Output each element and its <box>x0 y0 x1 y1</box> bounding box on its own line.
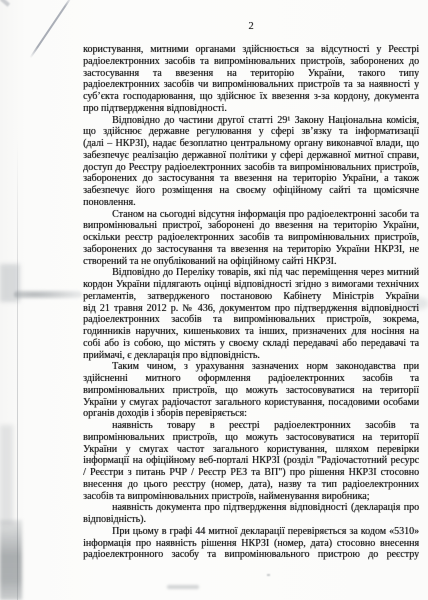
text-line: заборонених до застосування та ввезення … <box>83 244 419 256</box>
text-line: радіоелектронних засобів та випромінювал… <box>83 56 419 68</box>
bottom-speck <box>267 574 270 576</box>
text-line: застосування та ввезення на територію Ук… <box>83 68 419 80</box>
text-line: суб’єкта господарювання, що здійснює їх … <box>83 91 419 103</box>
text-line: про підтвердження відповідності. <box>83 103 419 115</box>
page-number: 2 <box>83 21 419 32</box>
text-line: України у смугах частот загального корис… <box>83 444 419 456</box>
text-line: заборонених до застосування та ввезення … <box>83 173 419 185</box>
left-edge-shadow-dark <box>0 520 22 600</box>
paragraph: Відповідно до Переліку товарів, які під … <box>83 267 419 361</box>
corner-mark-artifact <box>0 0 10 7</box>
paper-fold-line <box>17 140 18 600</box>
text-line: годинників наручних, кишенькових та інши… <box>83 326 419 338</box>
text-line: випромінювальних пристроїв, що можуть за… <box>83 432 419 444</box>
text-line: регламентів, затвердженого постановою Ка… <box>83 291 419 303</box>
text-line: Станом на сьогодні відсутня інформація п… <box>83 209 419 221</box>
text-line: собі або із собою, що містять у своєму с… <box>83 338 419 350</box>
paragraph: користування, митними органами здійснюєт… <box>83 44 419 115</box>
paragraph: наявність товару в реєстрі радіоелектрон… <box>83 420 419 502</box>
paragraph: наявність документа про підтвердження ві… <box>83 502 419 526</box>
text-line: оскільки реєстр радіоелектронних засобів… <box>83 232 419 244</box>
text-line: створений та не опублікований на офіційн… <box>83 256 419 268</box>
bottom-smudge <box>167 585 199 589</box>
scanned-page: 2 користування, митними органами здійсню… <box>0 0 428 600</box>
text-line: України у смугах радіочастот загального … <box>83 397 419 409</box>
text-line: Відповідно до Переліку товарів, які під … <box>83 267 419 279</box>
text-line: від 21 травня 2012 р. № 436, документом … <box>83 303 419 315</box>
text-line: радіоелектронних засобів чи випромінювал… <box>83 79 419 91</box>
paragraph: Станом на сьогодні відсутня інформація п… <box>83 209 419 268</box>
text-line: органів доходів і зборів перевіряється: <box>83 408 419 420</box>
text-line: (далі – НКРЗІ), надає безоплатно централ… <box>83 138 419 150</box>
text-line: При цьому в графі 44 митної декларації п… <box>83 526 419 538</box>
text-line: випромінювальних пристроїв, що можуть за… <box>83 385 419 397</box>
text-line: кордон України підлягають оцінці відпові… <box>83 279 419 291</box>
text-line: Відповідно до частини другої статті 29¹ … <box>83 115 419 127</box>
text-line: внесення до цього реєстру (номер, дата),… <box>83 479 419 491</box>
text-line: відповідність). <box>83 514 419 526</box>
text-line: наявність документа про підтвердження ві… <box>83 502 419 514</box>
text-line: радіоелектронного засобу та випромінювал… <box>83 549 419 561</box>
paragraph: Таким чином, з урахування зазначених нор… <box>83 361 419 420</box>
left-margin-smudge-bar <box>14 290 82 299</box>
text-line: радіоелектронних засобів та випромінювал… <box>83 314 419 326</box>
text-line: забезпечує його розміщення на своєму офі… <box>83 185 419 197</box>
text-line: Таким чином, з урахування зазначених нор… <box>83 361 419 373</box>
left-edge-shadow-soft <box>0 425 13 525</box>
document-body: користування, митними органами здійснюєт… <box>83 44 419 561</box>
text-line: випромінювальні пристрої, заборонені до … <box>83 220 419 232</box>
text-line: інформація про наявність рішення НКРЗІ (… <box>83 538 419 550</box>
left-edge-smudge <box>0 264 20 302</box>
text-line: інформації на офіційному веб-порталі НКР… <box>83 455 419 467</box>
text-line: що здійснює державне регулювання у сфері… <box>83 126 419 138</box>
pen-stroke-artifact <box>29 0 71 58</box>
text-line: здійсненні митного оформлення радіоелект… <box>83 373 419 385</box>
text-line: наявність товару в реєстрі радіоелектрон… <box>83 420 419 432</box>
text-line: приймачі, є декларація про відповідність… <box>83 350 419 362</box>
text-line: поновлення. <box>83 197 419 209</box>
text-line: користування, митними органами здійснюєт… <box>83 44 419 56</box>
paragraph: Відповідно до частини другої статті 29¹ … <box>83 115 419 209</box>
text-line: забезпечує реалізацію державної політики… <box>83 150 419 162</box>
paragraph: При цьому в графі 44 митної декларації п… <box>83 526 419 561</box>
text-line: засобів та випромінювальних пристроїв, н… <box>83 491 419 503</box>
text-line: доступ до Реєстру радіоелектронних засоб… <box>83 162 419 174</box>
text-line: / Реєстри з питань РЧР / Реєстр РЕЗ та В… <box>83 467 419 479</box>
